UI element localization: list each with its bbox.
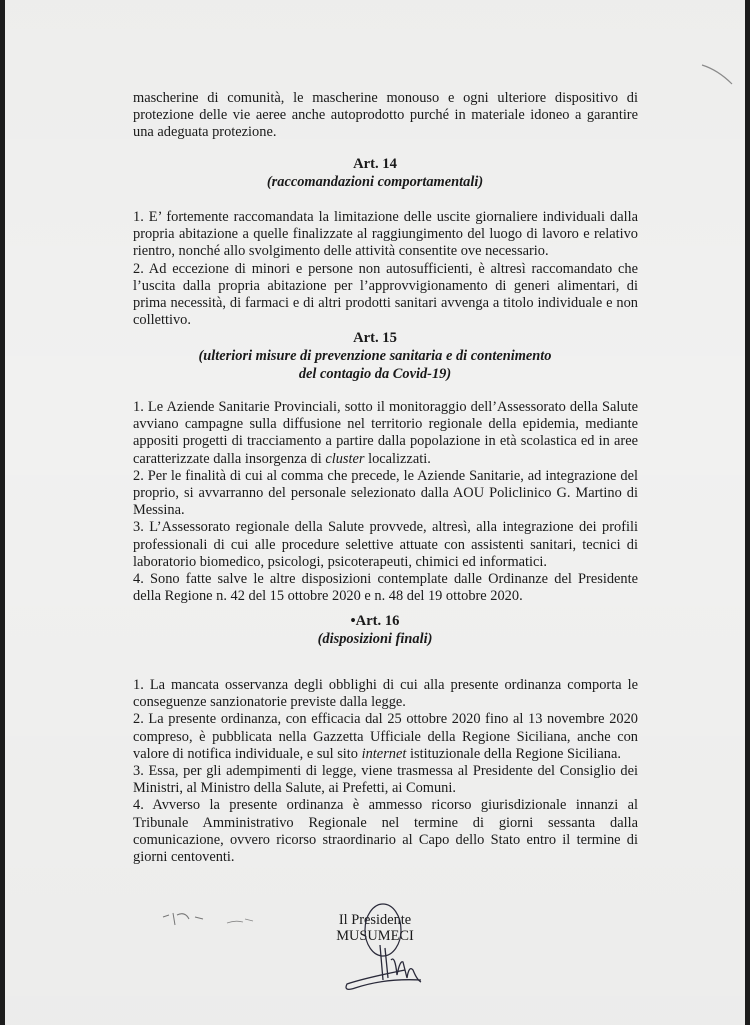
article-16-paragraph-2: 2. La presente ordinanza, con efficacia … <box>133 711 638 763</box>
article-16-subtitle: (disposizioni finali) <box>5 631 745 649</box>
article-16-title: •Art. 16 <box>5 613 745 630</box>
scanned-document-page: mascherine di comunità, le mascherine mo… <box>5 0 745 1025</box>
article-16-paragraph-4: 4. Avverso la presente ordinanza è ammes… <box>133 797 638 866</box>
article-16-paragraph-1: 1. La mancata osservanza degli obblighi … <box>133 677 638 711</box>
article-15-subtitle-line-2: del contagio da Covid-19) <box>5 366 745 384</box>
article-15-body: 1. Le Aziende Sanitarie Provinciali, sot… <box>133 399 638 605</box>
article-14-paragraph-2: 2. Ad eccezione di minori e persone non … <box>133 261 638 330</box>
article-14-body: 1. E’ fortemente raccomandata la limitaz… <box>133 209 638 329</box>
handwritten-signature <box>325 900 445 995</box>
italic-term: cluster <box>325 451 364 467</box>
article-15-paragraph-3: 3. L’Assessorato regionale della Salute … <box>133 519 638 571</box>
intro-paragraph: mascherine di comunità, le mascherine mo… <box>133 90 638 142</box>
article-16-paragraph-3: 3. Essa, per gli adempimenti di legge, v… <box>133 763 638 797</box>
article-14-paragraph-1: 1. E’ fortemente raccomandata la limitaz… <box>133 209 638 261</box>
article-15-paragraph-1: 1. Le Aziende Sanitarie Provinciali, sot… <box>133 399 638 468</box>
paragraph-text: istituzionale della Regione Siciliana. <box>406 746 621 762</box>
article-14-subtitle: (raccomandazioni comportamentali) <box>5 174 745 192</box>
article-15-paragraph-4: 4. Sono fatte salve le altre disposizion… <box>133 571 638 605</box>
pen-stroke-mark <box>700 62 740 87</box>
article-15-paragraph-2: 2. Per le finalità di cui al comma che p… <box>133 468 638 520</box>
intro-paragraph-block: mascherine di comunità, le mascherine mo… <box>133 90 638 142</box>
italic-term: internet <box>362 746 407 762</box>
article-15-title: Art. 15 <box>5 330 745 347</box>
article-16-body: 1. La mancata osservanza degli obblighi … <box>133 677 638 866</box>
article-15-subtitle-line-1: (ulteriori misure di prevenzione sanitar… <box>5 348 745 366</box>
paragraph-text: localizzati. <box>364 451 430 467</box>
article-14-title: Art. 14 <box>5 156 745 173</box>
